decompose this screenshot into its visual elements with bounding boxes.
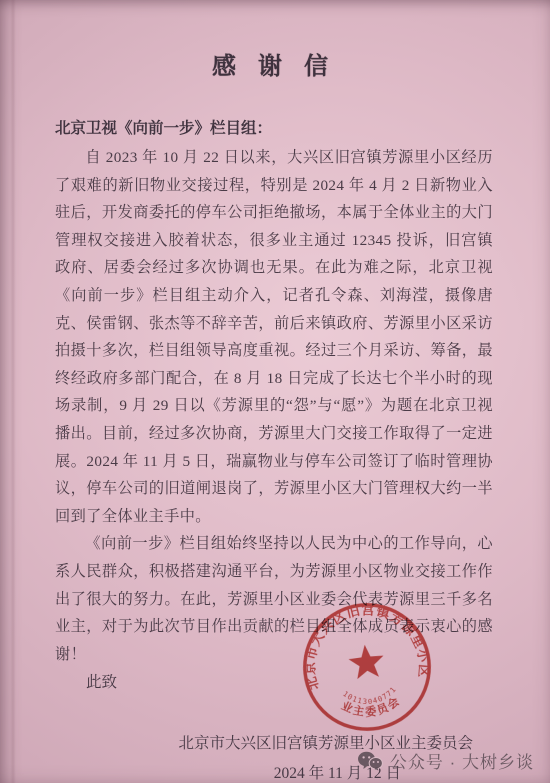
- watermark-text: 公众号 · 大树乡谈: [390, 748, 534, 773]
- letter-title: 感 谢 信: [55, 46, 493, 81]
- letter-page: 感 谢 信 北京卫视《向前一步》栏目组： 自 2023 年 10 月 22 日以…: [0, 0, 550, 783]
- letter-closing: 此致: [55, 669, 493, 697]
- account-watermark: 公众号 · 大树乡谈: [357, 748, 534, 773]
- wechat-icon: [357, 751, 383, 771]
- letter-salutation: 北京卫视《向前一步》栏目组：: [55, 115, 493, 143]
- letter-photo: 感 谢 信 北京卫视《向前一步》栏目组： 自 2023 年 10 月 22 日以…: [0, 0, 550, 783]
- letter-paragraph-1: 自 2023 年 10 月 22 日以来，大兴区旧宫镇芳源里小区经历了艰难的新旧…: [55, 144, 493, 530]
- letter-paragraph-2: 《向前一步》栏目组始终坚持以人民为中心的工作导向，心系人民群众，积极搭建沟通平台…: [55, 530, 493, 668]
